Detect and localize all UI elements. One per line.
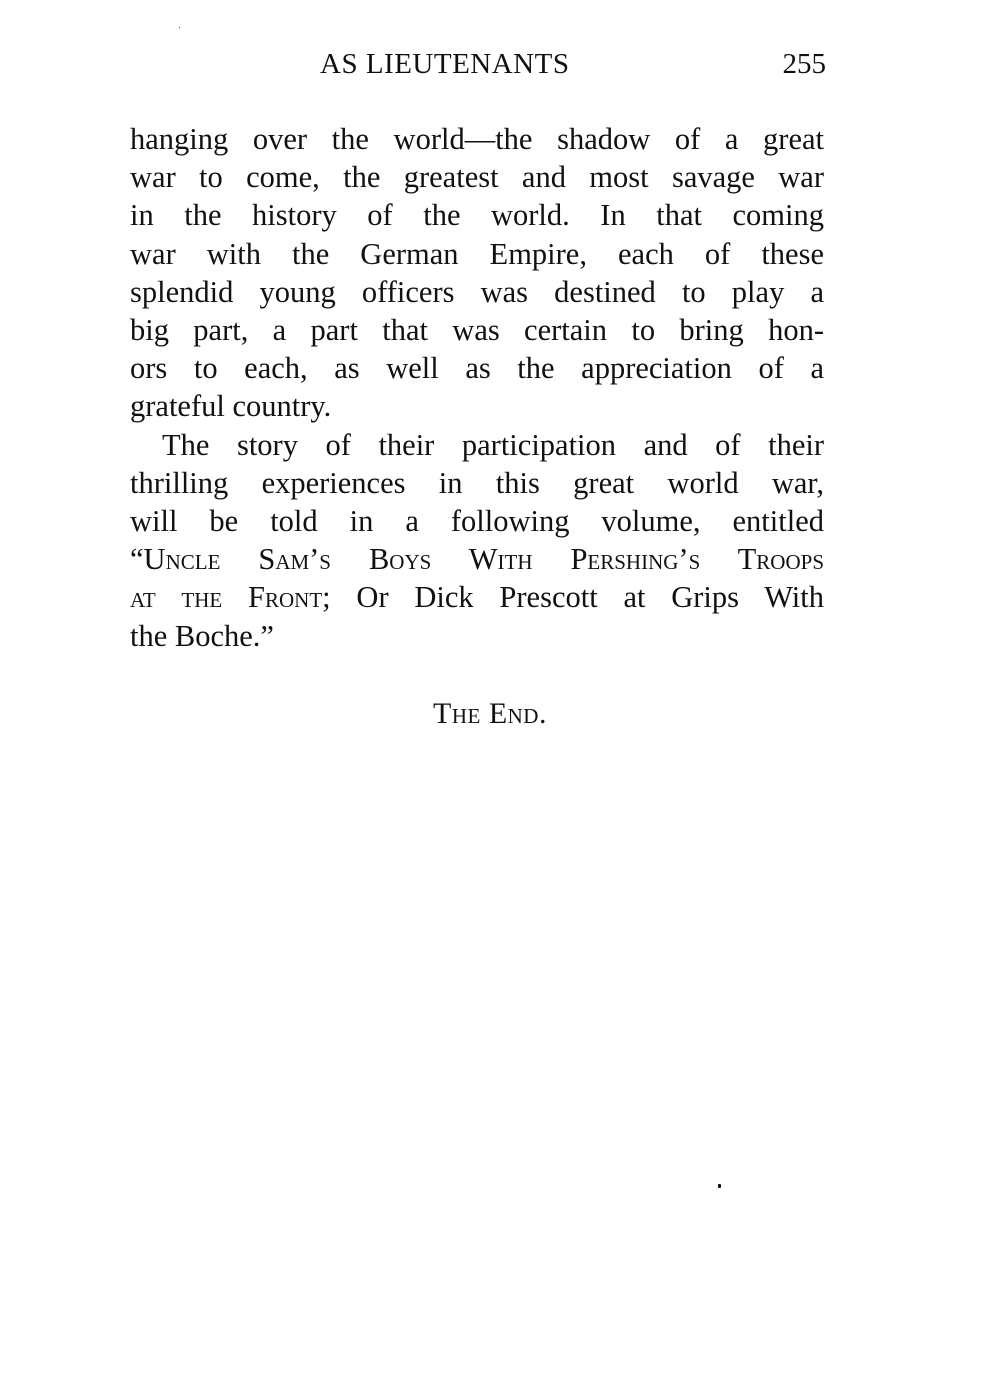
text-line: hanging over the world—the shadow of a g… [130,120,824,158]
text-line: in the history of the world. In that com… [130,196,824,234]
text-line: The story of their participation and of … [130,426,824,464]
running-head: AS LIEUTENANTS 255 [130,44,826,84]
book-subtitle: Or Dick Prescott at Grips With [331,580,824,614]
closing-the-end: The End. [0,694,1000,734]
running-head-title: AS LIEUTENANTS [320,44,569,84]
paragraph-1: hanging over the world—the shadow of a g… [130,120,824,426]
print-speck [179,27,180,28]
text-line: war with the German Empire, each of thes… [130,235,824,273]
closing-text: The End. [433,697,547,730]
text-line: ors to each, as well as the appreciation… [130,349,824,387]
paragraph-2: The story of their participation and of … [130,426,824,655]
text-line: grateful country. [130,387,824,425]
text-line: splendid young officers was destined to … [130,273,824,311]
text-line: thrilling experiences in this great worl… [130,464,824,502]
book-title-line: at the Front; Or Dick Prescott at Grips … [130,578,824,616]
book-title-line: “Uncle Sam’s Boys With Pershing’s Troops [130,540,824,578]
text-line: the Boche.” [130,617,824,655]
text-line: will be told in a following volume, enti… [130,502,824,540]
book-title-smallcaps: at the Front; [130,580,331,614]
body-text: hanging over the world—the shadow of a g… [130,120,824,655]
print-speck [718,1184,721,1188]
text-line: war to come, the greatest and most savag… [130,158,824,196]
page-number: 255 [783,44,827,84]
text-line: big part, a part that was certain to bri… [130,311,824,349]
